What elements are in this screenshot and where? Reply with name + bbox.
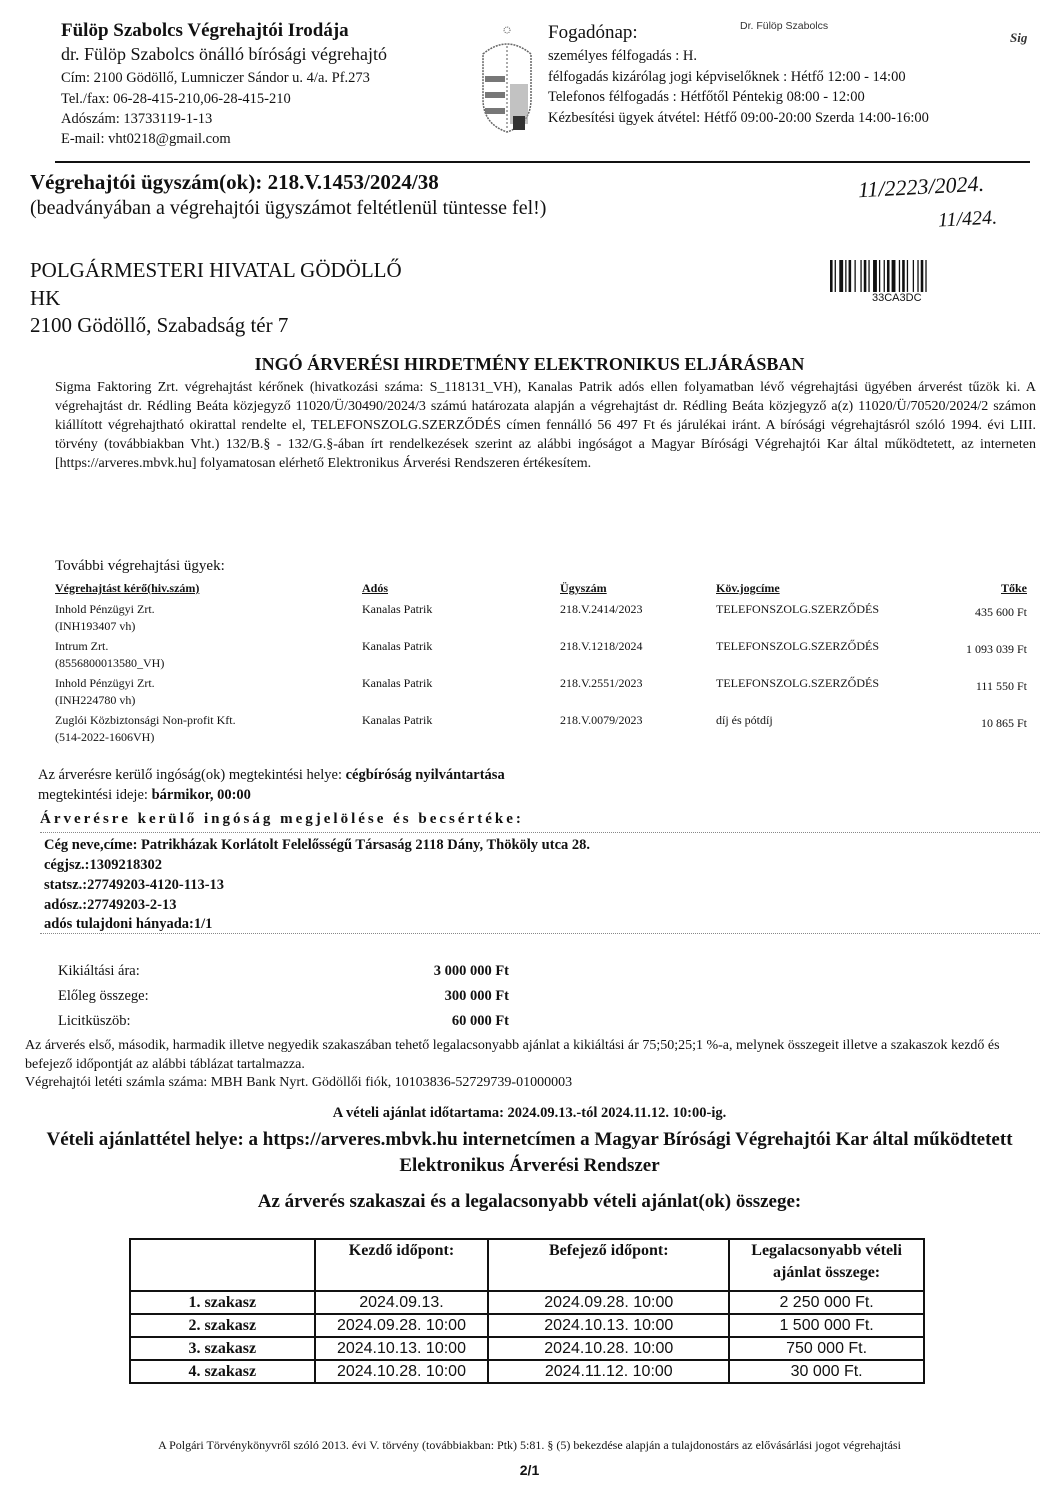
principal-amount: 111 550 Ft xyxy=(976,679,1027,694)
stage-min-offer: 30 000 Ft. xyxy=(729,1360,924,1383)
hours-personal: személyes félfogadás : H. xyxy=(548,48,697,65)
stage-row: 2. szakasz2024.09.28. 10:002024.10.13. 1… xyxy=(130,1314,924,1337)
hours-legal-reps: félfogadás kizárólag jogi képviselőknek … xyxy=(548,69,906,86)
viewing-place: Az árverésre kerülő ingóság(ok) megtekin… xyxy=(38,767,505,784)
case-number-cell: 218.V.2551/2023 xyxy=(560,676,642,691)
debtor-name: Kanalas Patrik xyxy=(362,602,432,617)
bid-increment-label: Licitküszöb: xyxy=(58,1013,131,1030)
stages-header-start: Kezdő időpont: xyxy=(315,1239,489,1291)
reception-title: Fogadónap: xyxy=(548,22,638,44)
signature-icon: Sig xyxy=(1010,30,1027,46)
stage-start: 2024.09.28. 10:00 xyxy=(315,1314,489,1337)
header-divider xyxy=(55,161,1030,163)
stage-name: 2. szakasz xyxy=(130,1314,315,1337)
stage-row: 3. szakasz2024.10.13. 10:002024.10.28. 1… xyxy=(130,1337,924,1360)
stage-start: 2024.09.13. xyxy=(315,1291,489,1314)
viewing-time: megtekintési ideje: bármikor, 00:00 xyxy=(38,787,251,804)
creditor-name: Inhold Pénzügyi Zrt. xyxy=(55,676,155,691)
claim-title: TELEFONSZOLG.SZERZŐDÉS xyxy=(716,639,879,654)
notice-title: INGÓ ÁRVERÉSI HIRDETMÉNY ELEKTRONIKUS EL… xyxy=(0,354,1059,375)
viewing-place-value: cégbíróság nyilvántartása xyxy=(346,767,505,783)
notice-body: Sigma Faktoring Zrt. végrehajtást kérőne… xyxy=(55,378,1036,473)
claim-title: TELEFONSZOLG.SZERZŐDÉS xyxy=(716,602,879,617)
stage-start: 2024.10.13. 10:00 xyxy=(315,1337,489,1360)
bailiff-name: dr. Fülöp Szabolcs önálló bírósági végre… xyxy=(61,44,387,65)
stage-name: 4. szakasz xyxy=(130,1360,315,1383)
stages-header-min-offer: Legalacsonyabb vételi ajánlat összege: xyxy=(729,1239,924,1291)
debtor-name: Kanalas Patrik xyxy=(362,676,432,691)
office-email: E-mail: vht0218@gmail.com xyxy=(61,131,231,148)
stages-header-blank xyxy=(130,1239,315,1291)
item-reg-no: cégjsz.:1309218302 xyxy=(44,857,162,874)
deposit-label: Előleg összege: xyxy=(58,988,149,1005)
recipient-dept: HK xyxy=(30,286,60,311)
hours-delivery: Kézbesítési ügyek átvétel: Hétfő 09:00-2… xyxy=(548,110,929,127)
item-company: Cég neve,címe: Patrikházak Korlátolt Fel… xyxy=(44,837,590,854)
recipient-address: 2100 Gödöllő, Szabadság tér 7 xyxy=(30,313,288,338)
item-ownership: adós tulajdoni hányada:1/1 xyxy=(44,916,212,933)
digital-signer: Dr. Fülöp Szabolcs xyxy=(740,20,828,32)
creditor-reference: (514-2022-1606VH) xyxy=(55,730,154,745)
deposit-value: 300 000 Ft xyxy=(445,988,509,1005)
recipient-name: POLGÁRMESTERI HIVATAL GÖDÖLLŐ xyxy=(30,258,402,283)
creditor-name: Intrum Zrt. xyxy=(55,639,108,654)
offer-place: Vételi ajánlattétel helye: a https://arv… xyxy=(0,1127,1059,1179)
item-box-top xyxy=(40,832,1040,833)
stage-row: 1. szakasz2024.09.13.2024.09.28. 10:002 … xyxy=(130,1291,924,1314)
item-stat-no: statsz.:27749203-4120-113-13 xyxy=(44,877,224,894)
barcode-text: 33CA3DC xyxy=(872,292,922,304)
office-name: Fülöp Szabolcs Végrehajtói Irodája xyxy=(61,20,349,42)
viewing-place-label: Az árverésre kerülő ingóság(ok) megtekin… xyxy=(38,767,346,783)
item-title: Árverésre kerülő ingóság megjelölése és … xyxy=(40,811,524,828)
stage-min-offer: 1 500 000 Ft. xyxy=(729,1314,924,1337)
case-number: Végrehajtói ügyszám(ok): 218.V.1453/2024… xyxy=(30,170,439,195)
viewing-time-value: bármikor, 00:00 xyxy=(152,787,251,803)
handwritten-reference-2: 11/424. xyxy=(937,206,997,232)
office-phone: Tel./fax: 06-28-415-210,06-28-415-210 xyxy=(61,91,291,108)
handwritten-reference: 11/2223/2024. xyxy=(857,171,984,204)
stage-name: 3. szakasz xyxy=(130,1337,315,1360)
stage-note: Az árverés első, második, harmadik illet… xyxy=(25,1036,1035,1074)
stage-row: 4. szakasz2024.10.28. 10:002024.11.12. 1… xyxy=(130,1360,924,1383)
col-header-principal: Tőke xyxy=(1001,581,1027,596)
stages-title: Az árverés szakaszai és a legalacsonyabb… xyxy=(0,1191,1059,1213)
stage-end: 2024.09.28. 10:00 xyxy=(488,1291,729,1314)
escrow-account: Végrehajtói letéti számla száma: MBH Ban… xyxy=(25,1075,572,1091)
starting-price-value: 3 000 000 Ft xyxy=(434,963,509,980)
page-number: 2/1 xyxy=(0,1462,1059,1478)
case-number-cell: 218.V.1218/2024 xyxy=(560,639,642,654)
starting-price-label: Kikiáltási ára: xyxy=(58,963,140,980)
principal-amount: 10 865 Ft xyxy=(981,716,1027,731)
offer-period: A vételi ajánlat időtartama: 2024.09.13.… xyxy=(0,1105,1059,1122)
stage-name: 1. szakasz xyxy=(130,1291,315,1314)
principal-amount: 435 600 Ft xyxy=(975,605,1027,620)
office-address: Cím: 2100 Gödöllő, Lumniczer Sándor u. 4… xyxy=(61,70,370,87)
creditor-reference: (8556800013580_VH) xyxy=(55,656,164,671)
hours-phone: Telefonos félfogadás : Hétfőtől Péntekig… xyxy=(548,89,865,106)
principal-amount: 1 093 039 Ft xyxy=(966,642,1027,657)
footer-text: A Polgári Törvénykönyvről szóló 2013. év… xyxy=(0,1438,1059,1453)
item-tax-no: adósz.:27749203-2-13 xyxy=(44,897,177,914)
coat-of-arms-icon xyxy=(477,24,537,136)
further-cases-title: További végrehajtási ügyek: xyxy=(55,558,225,575)
creditor-reference: (INH224780 vh) xyxy=(55,693,135,708)
col-header-claim-title: Köv.jogcíme xyxy=(716,581,780,596)
creditor-name: Inhold Pénzügyi Zrt. xyxy=(55,602,155,617)
viewing-time-label: megtekintési ideje: xyxy=(38,787,152,803)
case-number-cell: 218.V.0079/2023 xyxy=(560,713,642,728)
stage-min-offer: 750 000 Ft. xyxy=(729,1337,924,1360)
claim-title: TELEFONSZOLG.SZERZŐDÉS xyxy=(716,676,879,691)
col-header-case-no: Ügyszám xyxy=(560,581,607,596)
stages-header-end: Befejező időpont: xyxy=(488,1239,729,1291)
stage-min-offer: 2 250 000 Ft. xyxy=(729,1291,924,1314)
stages-table: Kezdő időpont: Befejező időpont: Legalac… xyxy=(129,1238,925,1384)
stages-header-row: Kezdő időpont: Befejező időpont: Legalac… xyxy=(130,1239,924,1291)
debtor-name: Kanalas Patrik xyxy=(362,713,432,728)
claim-title: díj és pótdíj xyxy=(716,713,773,728)
col-header-debtor: Adós xyxy=(362,581,388,596)
stage-start: 2024.10.28. 10:00 xyxy=(315,1360,489,1383)
debtor-name: Kanalas Patrik xyxy=(362,639,432,654)
case-number-cell: 218.V.2414/2023 xyxy=(560,602,642,617)
stage-end: 2024.11.12. 10:00 xyxy=(488,1360,729,1383)
creditor-reference: (INH193407 vh) xyxy=(55,619,135,634)
creditor-name: Zuglói Közbiztonsági Non-profit Kft. xyxy=(55,713,236,728)
bid-increment-value: 60 000 Ft xyxy=(452,1013,509,1030)
barcode-icon xyxy=(830,260,930,292)
item-box-bottom xyxy=(40,933,1040,934)
stage-end: 2024.10.28. 10:00 xyxy=(488,1337,729,1360)
case-note: (beadványában a végrehajtói ügyszámot fe… xyxy=(30,197,546,220)
col-header-creditor: Végrehajtást kérő(hiv.szám) xyxy=(55,581,199,596)
office-tax-id: Adószám: 13733119-1-13 xyxy=(61,111,212,128)
stage-end: 2024.10.13. 10:00 xyxy=(488,1314,729,1337)
